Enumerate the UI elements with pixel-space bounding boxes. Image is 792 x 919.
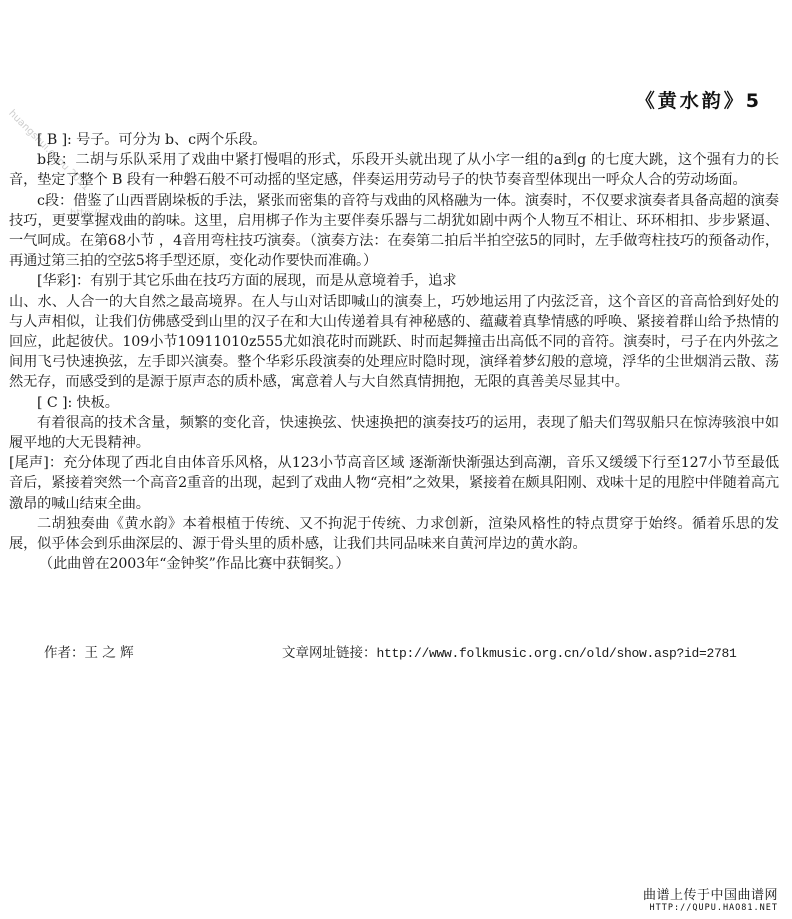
source-link-label: 文章网址链接： (282, 645, 377, 661)
paragraph-summary: 二胡独奏曲《黄水韵》本着根植于传统、又不拘泥于传统、力求创新，渲染风格性的特点贯… (9, 514, 779, 554)
upload-stamp-cn: 曲谱上传于中国曲谱网 (643, 884, 778, 903)
paragraph-coda: [尾声]：充分体现了西北自由体音乐风格，从123小节高音区域 逐渐渐快渐强达到高… (9, 453, 779, 514)
source-link-url[interactable]: http://www.folkmusic.org.cn/old/show.asp… (377, 646, 737, 661)
source-link-row: 文章网址链接：http://www.folkmusic.org.cn/old/s… (282, 641, 737, 661)
upload-stamp-url: HTTP://QUPU.HAO81.NET (643, 903, 778, 913)
paragraph-c-intro: [ C ]: 快板。 (9, 393, 779, 413)
author-label: 作者：王 之 辉 (44, 641, 134, 661)
upload-stamp: 曲谱上传于中国曲谱网 HTTP://QUPU.HAO81.NET (643, 884, 778, 913)
paragraph-b-section: b段：二胡与乐队采用了戏曲中紧打慢唱的形式，乐段开头就出现了从小字一组的a到g … (9, 150, 779, 190)
paragraph-award: （此曲曾在2003年“金钟奖”作品比赛中获铜奖。） (9, 554, 779, 574)
paragraph-c-body: 有着很高的技术含量，频繁的变化音，快速换弦、快速换把的演奏技巧的运用，表现了船夫… (9, 413, 779, 453)
paragraph-cadenza-body: 山、水、人合一的大自然之最高境界。在人与山对话即喊山的演奏上，巧妙地运用了内弦泛… (9, 292, 779, 393)
page-title: 《黄水韵》5 (636, 86, 762, 113)
paragraph-c-section: c段：借鉴了山西晋剧垛板的手法，紧张而密集的音符与戏曲的风格融为一体。演奏时，不… (9, 191, 779, 272)
paragraph-cadenza-head: [华彩]：有别于其它乐曲在技巧方面的展现，而是从意境着手，追求 (9, 271, 779, 291)
paragraph-b-intro: [ B ]: 号子。可分为 b、c两个乐段。 (9, 130, 779, 150)
article-body: [ B ]: 号子。可分为 b、c两个乐段。 b段：二胡与乐队采用了戏曲中紧打慢… (9, 130, 779, 574)
